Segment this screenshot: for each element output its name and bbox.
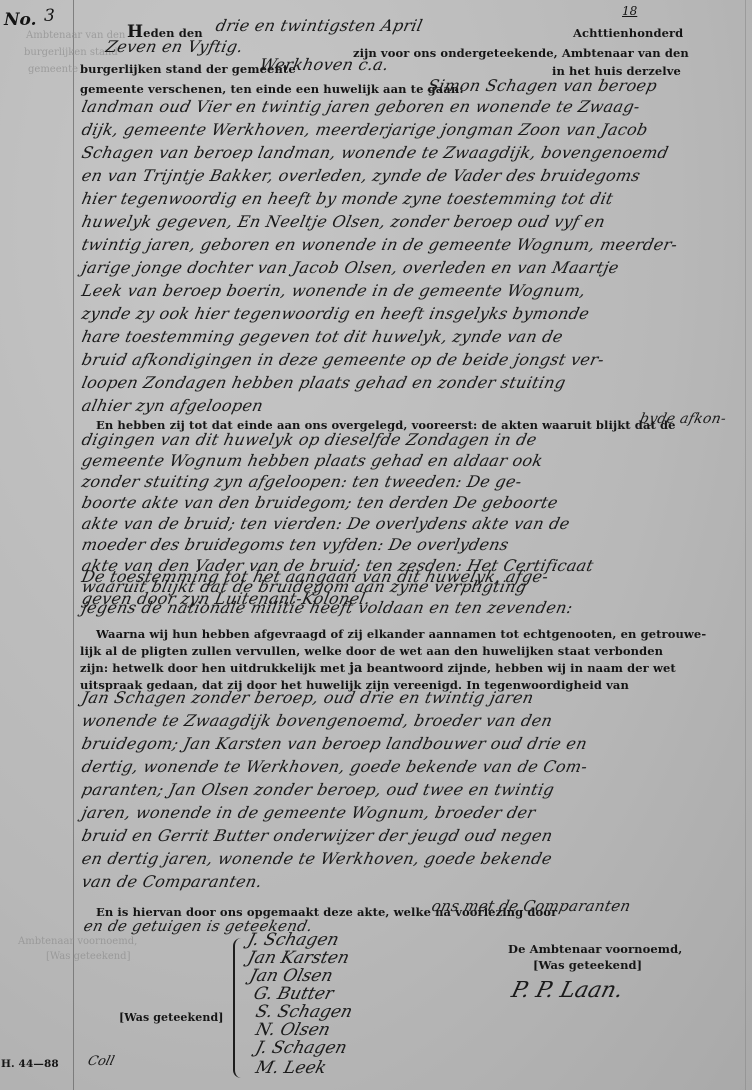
- ambtenaar-voornoemd-label: De Ambtenaar voornoemd,: [508, 942, 682, 956]
- witness-signature: J. Schagen: [254, 1038, 349, 1058]
- handwritten-line: huwelyk gegeven, En Neeltje Olsen, zonde…: [80, 212, 607, 231]
- witness-signature: S. Schagen: [254, 1002, 355, 1022]
- waarna-line-3: zijn: hetwelk door hen uitdrukkelijk met…: [80, 661, 676, 676]
- was-geteekend-left: [Was geteekend]: [119, 1011, 224, 1024]
- gemeente-verschenen-text: gemeente verschenen, ten einde een huwel…: [80, 82, 464, 96]
- right-margin-rule: [745, 0, 746, 1090]
- groom-name-handwritten: Simon Schagen van beroep: [426, 76, 659, 95]
- faded-margin-text: [Was geteekend]: [46, 951, 130, 962]
- handwritten-line: geven door zyn Luitenant-Kolonel.: [80, 589, 372, 608]
- waarna-line-2: lijk al de pligten zullen vervullen, wel…: [80, 644, 663, 658]
- handwritten-witness-line: dertig, wonende te Werkhoven, goede beke…: [80, 757, 589, 776]
- left-margin-rule: [73, 0, 74, 1090]
- handwritten-line: jarige jonge dochter van Jacob Olsen, ov…: [80, 258, 621, 277]
- witness-signature: N. Olsen: [254, 1020, 333, 1040]
- handwritten-witness-line: wonende te Zwaagdijk bovengenoemd, broed…: [80, 711, 554, 730]
- handwritten-afkondigingen: byde afkon-: [638, 411, 727, 427]
- handwritten-witness-line: en dertig jaren, wonende te Werkhoven, g…: [80, 849, 554, 868]
- folio-number: 18: [622, 4, 637, 18]
- faded-margin-text: gemeente: [28, 64, 78, 75]
- faded-margin-text: Ambtenaar voornoemd,: [18, 936, 137, 947]
- handwritten-line: twintig jaren, geboren en wonende in de …: [80, 235, 679, 254]
- closing-handwritten-1: ons met de Comparanten: [430, 897, 632, 915]
- handwritten-line: landman oud Vier en twintig jaren gebore…: [80, 97, 642, 116]
- achttienhonderd-label: Achttienhonderd: [573, 26, 683, 40]
- handwritten-line: akte van de bruid; ten vierden: De overl…: [80, 514, 572, 533]
- handwritten-line: hier tegenwoordig en heeft by monde zyne…: [80, 189, 615, 208]
- date-year-handwritten: Zeven en Vyftig.: [104, 37, 245, 56]
- waarna-line-3b: beantwoord zijnde, hebben wij in naam de…: [367, 661, 676, 675]
- waarna-line-3a: zijn: hetwelk door hen uitdrukkelijk met: [80, 661, 345, 675]
- witness-signature: Jan Olsen: [248, 966, 335, 986]
- handwritten-witness-line: paranten; Jan Olsen zonder beroep, oud t…: [80, 780, 556, 799]
- handwritten-witness-line: Jan Schagen zonder beroep, oud drie en t…: [80, 688, 536, 707]
- handwritten-line: alhier zyn afgeloopen: [80, 396, 265, 415]
- handwritten-line: bruid afkondigingen in deze gemeente op …: [80, 350, 606, 369]
- form-code: H. 44—88: [1, 1058, 59, 1070]
- handwritten-line: Schagen van beroep landman, wonende te Z…: [80, 143, 670, 162]
- witness-signature: J. Schagen: [246, 930, 341, 950]
- handwritten-line: en van Trijntje Bakker, overleden, zynde…: [80, 166, 642, 185]
- handwritten-line: boorte akte van den bruidegom; ten derde…: [80, 493, 560, 512]
- collation-note: Coll: [86, 1054, 116, 1069]
- waarna-line-1: Waarna wij hun hebben afgevraagd of zij …: [96, 627, 706, 641]
- witness-signature: Jan Karsten: [246, 948, 352, 968]
- was-geteekend-right: [Was geteekend]: [533, 958, 642, 972]
- handwritten-witness-line: van de Comparanten.: [80, 872, 264, 891]
- record-number-value: 3: [44, 6, 55, 26]
- handwritten-line: gemeente Wognum hebben plaats gehad en a…: [80, 451, 545, 470]
- witness-signature: M. Leek: [254, 1058, 329, 1078]
- handwritten-line: zonder stuiting zyn afgeloopen: ten twee…: [80, 472, 524, 491]
- handwritten-line: De toestemming tot het aangaan van dit h…: [80, 567, 550, 586]
- record-number-label: No.: [4, 10, 37, 30]
- handwritten-witness-line: jaren, wonende in de gemeente Wognum, br…: [80, 803, 537, 822]
- handwritten-line: moeder des bruidegoms ten vyfden: De ove…: [80, 535, 511, 554]
- gemeente-handwritten: Werkhoven c.a.: [258, 55, 391, 74]
- ja-word: ja: [349, 661, 362, 676]
- witness-signature: G. Butter: [252, 984, 336, 1004]
- handwritten-line: dijk, gemeente Werkhoven, meerderjarige …: [80, 120, 650, 139]
- handwritten-line: Leek van beroep boerin, wonende in de ge…: [80, 281, 588, 300]
- handwritten-line: hare toestemming gegeven tot dit huwelyk…: [80, 327, 565, 346]
- handwritten-witness-line: bruid en Gerrit Butter onderwijzer der j…: [80, 826, 555, 845]
- zijn-voor-ons-text: zijn voor ons ondergeteekende, Ambtenaar…: [353, 46, 689, 60]
- handwritten-line: digingen van dit huwelyk op dieselfde Zo…: [80, 430, 539, 449]
- handwritten-line: loopen Zondagen hebben plaats gehad en z…: [80, 373, 568, 392]
- handwritten-witness-line: bruidegom; Jan Karsten van beroep landbo…: [80, 734, 589, 753]
- official-signature: P. P. Laan.: [509, 978, 626, 1003]
- handwritten-line: zynde zy ook hier tegenwoordig en heeft …: [80, 304, 591, 323]
- date-day-handwritten: drie en twintigsten April: [214, 16, 424, 35]
- signature-bracket: [233, 938, 245, 1078]
